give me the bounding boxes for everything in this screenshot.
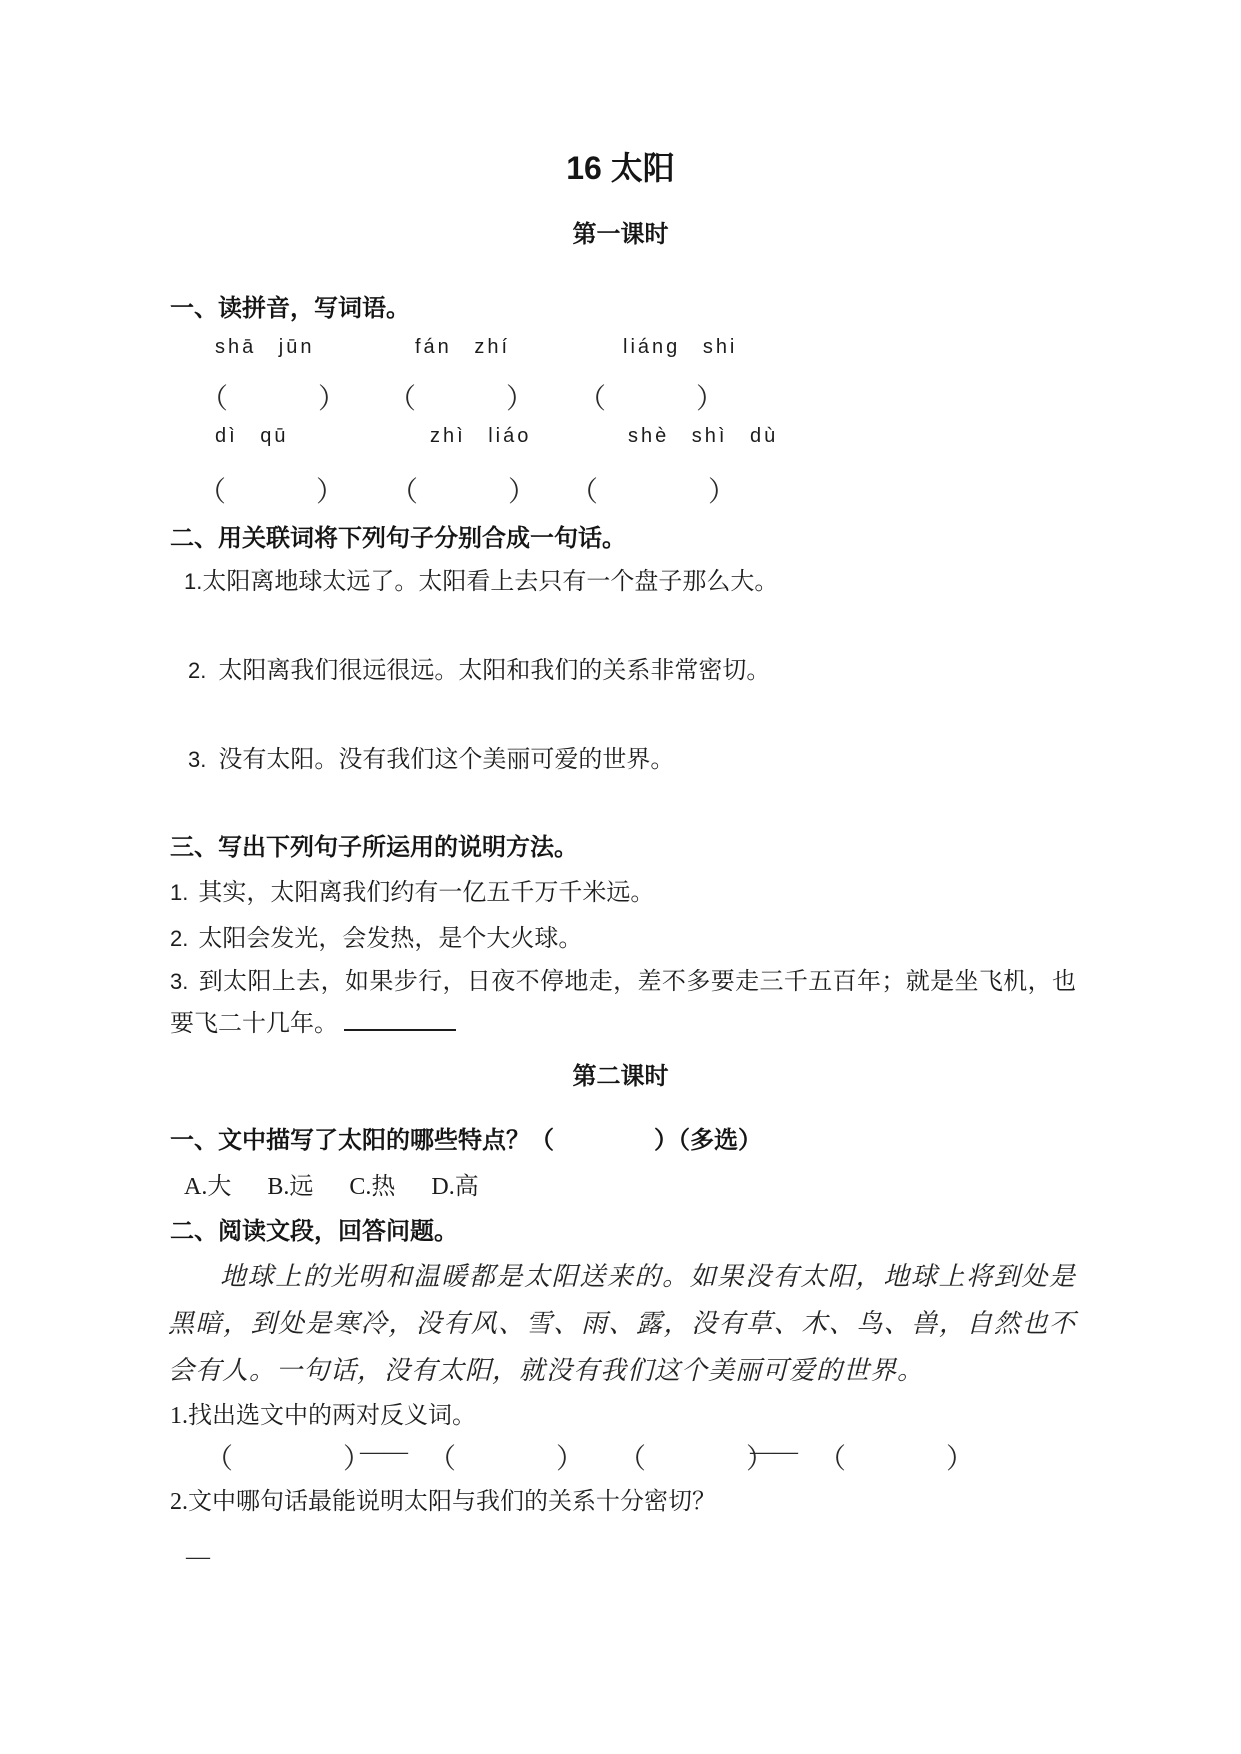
sentence-item: 2.太阳离我们很远很远。太阳和我们的关系非常密切。 — [188, 650, 770, 685]
item-number: 3. — [188, 747, 206, 772]
answer-underline — [344, 1025, 456, 1031]
antonym-blanks-row: （） —— （） （） —— （） — [0, 1437, 1241, 1477]
pinyin-word: shā jūn — [215, 336, 315, 359]
pinyin-word: zhì liáo — [430, 425, 531, 448]
sentence-item: 1.其实，太阳离我们约有一亿五千万千米远。 — [170, 872, 654, 907]
item-number: 2. — [170, 926, 188, 951]
sentence-item: 1.太阳离地球太远了。太阳看上去只有一个盘子那么大。 — [184, 561, 778, 596]
answer-blank: （） — [388, 377, 534, 417]
p1-q3-heading: 三、写出下列句子所运用的说明方法。 — [170, 827, 578, 862]
p2-q2-heading: 二、阅读文段，回答问题。 — [170, 1211, 458, 1246]
item-text: 太阳离地球太远了。太阳看上去只有一个盘子那么大。 — [202, 569, 778, 595]
pinyin-word: shè shì dù — [628, 425, 778, 448]
pinyin-row-2: dì qū zhì liáo shè shì dù — [0, 425, 1241, 459]
pinyin-row-1: shā jūn fán zhí liáng shi — [0, 336, 1241, 370]
answer-blank: （） — [818, 1437, 974, 1477]
answer-parens-row-2: （） （） （） — [0, 470, 1241, 510]
antonym-dash: —— — [360, 1439, 408, 1466]
p2-q1-heading: 一、文中描写了太阳的哪些特点？（）（多选） — [170, 1120, 762, 1155]
page-title: 16 太阳 — [0, 143, 1241, 189]
answer-blank: （） — [578, 377, 724, 417]
item-text: 太阳离我们很远很远。太阳和我们的关系非常密切。 — [218, 658, 770, 684]
p1-q1-heading: 一、读拼音，写词语。 — [170, 288, 410, 323]
pinyin-word: fán zhí — [415, 336, 510, 359]
item-number: 1. — [184, 569, 202, 594]
sub-question-1: 1.找出选文中的两对反义词。 — [170, 1395, 476, 1430]
answer-blank: （） — [205, 1437, 371, 1477]
answer-blank: （） — [200, 377, 346, 417]
option-row: A.大 B.远 C.热 D.高 — [184, 1166, 509, 1201]
item-text: 太阳会发光，会发热，是个大火球。 — [198, 926, 582, 952]
sub-question-2: 2.文中哪句话最能说明太阳与我们的关系十分密切？ — [170, 1481, 716, 1516]
question-text: 一、文中描写了太阳的哪些特点？ — [170, 1127, 530, 1154]
option-c: C.热 — [349, 1174, 395, 1200]
pinyin-word: dì qū — [215, 425, 288, 448]
option-a: A.大 — [184, 1174, 231, 1200]
answer-blank: （） — [530, 1127, 678, 1154]
sentence-item: 3.没有太阳。没有我们这个美丽可爱的世界。 — [188, 739, 674, 774]
answer-blank: （） — [198, 470, 344, 510]
answer-blank: （） — [428, 1437, 584, 1477]
answer-blank: （） — [570, 470, 736, 510]
answer-start-dash: — — [186, 1544, 210, 1571]
item-number: 3. — [170, 969, 188, 994]
p1-q2-heading: 二、用关联词将下列句子分别合成一句话。 — [170, 518, 626, 553]
reading-passage: 地球上的光明和温暖都是太阳送来的。如果没有太阳，地球上将到处是黑暗，到处是寒冷，… — [168, 1253, 1076, 1394]
pinyin-word: liáng shi — [623, 336, 737, 359]
item-text: 到太阳上去，如果步行，日夜不停地走，差不多要走三千五百年；就是坐飞机，也要飞二十… — [170, 969, 1076, 1037]
answer-parens-row-1: （） （） （） — [0, 377, 1241, 417]
sentence-item: 3.到太阳上去，如果步行，日夜不停地走，差不多要走三千五百年；就是坐飞机，也要飞… — [170, 961, 1076, 1045]
session-2-title: 第二课时 — [0, 1056, 1241, 1091]
item-number: 2. — [188, 658, 206, 683]
item-number: 1. — [170, 880, 188, 905]
option-d: D.高 — [431, 1174, 478, 1200]
sentence-item: 2.太阳会发光，会发热，是个大火球。 — [170, 918, 582, 953]
antonym-dash: —— — [750, 1439, 798, 1466]
option-b: B.远 — [267, 1174, 313, 1200]
answer-blank: （） — [390, 470, 536, 510]
multi-select-note: （多选） — [678, 1127, 762, 1154]
item-text: 其实，太阳离我们约有一亿五千万千米远。 — [198, 880, 654, 906]
session-1-title: 第一课时 — [0, 214, 1241, 249]
item-text: 没有太阳。没有我们这个美丽可爱的世界。 — [218, 747, 674, 773]
worksheet-page: 16 太阳 第一课时 一、读拼音，写词语。 shā jūn fán zhí li… — [0, 0, 1241, 1754]
